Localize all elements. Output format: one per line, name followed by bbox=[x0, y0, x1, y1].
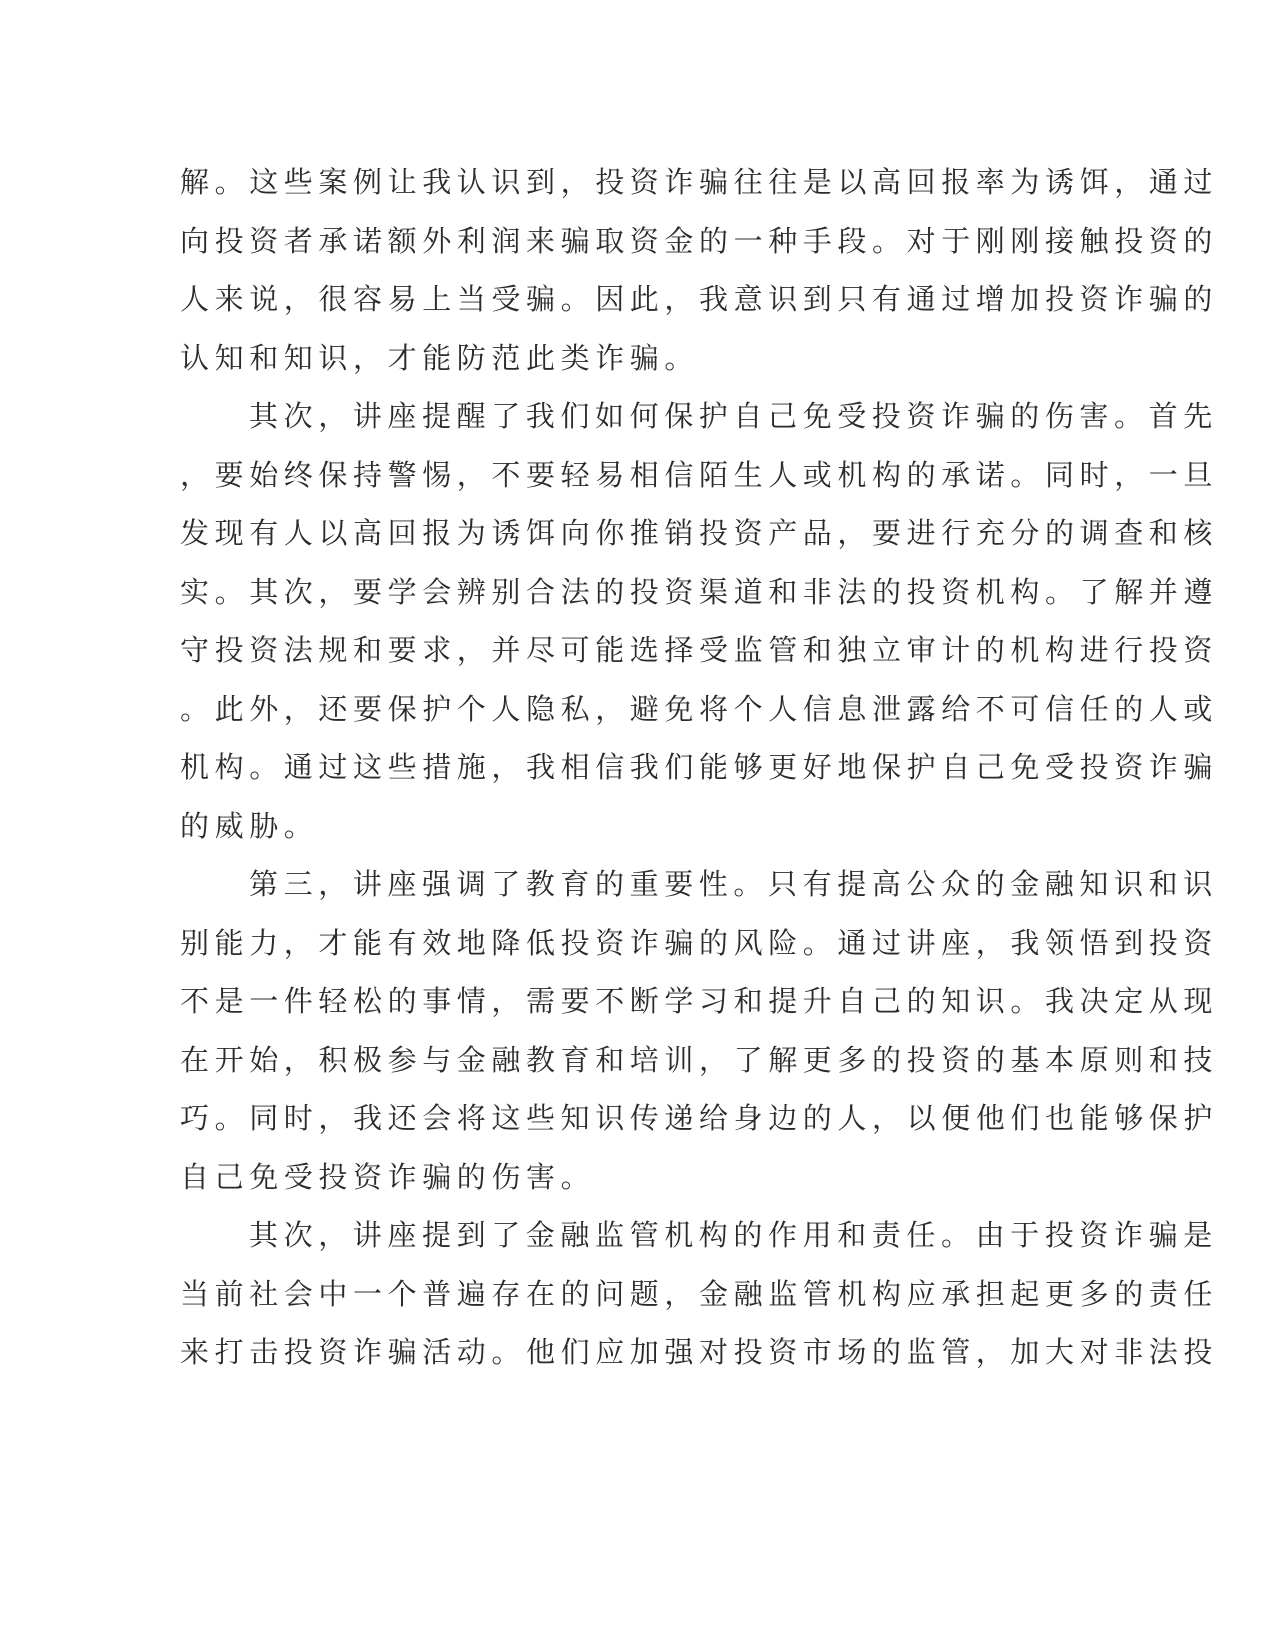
text-line: 的威胁。 bbox=[180, 797, 1040, 856]
paragraph-3: 第三，讲座强调了教育的重要性。只有提高公众的金融知识和识 别能力，才能有效地降低… bbox=[180, 855, 1040, 1206]
text-line: 发现有人以高回报为诱饵向你推销投资产品，要进行充分的调查和核 bbox=[180, 504, 1040, 563]
document-page: 解。这些案例让我认识到，投资诈骗往往是以高回报率为诱饵，通过 向投资者承诺额外利… bbox=[0, 0, 1275, 1650]
document-body: 解。这些案例让我认识到，投资诈骗往往是以高回报率为诱饵，通过 向投资者承诺额外利… bbox=[180, 153, 1040, 1382]
paragraph-4: 其次，讲座提到了金融监管机构的作用和责任。由于投资诈骗是 当前社会中一个普遍存在… bbox=[180, 1206, 1040, 1382]
text-line: 守投资法规和要求，并尽可能选择受监管和独立审计的机构进行投资 bbox=[180, 621, 1040, 680]
text-line: 不是一件轻松的事情，需要不断学习和提升自己的知识。我决定从现 bbox=[180, 972, 1040, 1031]
text-line: 人来说，很容易上当受骗。因此，我意识到只有通过增加投资诈骗的 bbox=[180, 270, 1040, 329]
text-line: 机构。通过这些措施，我相信我们能够更好地保护自己免受投资诈骗 bbox=[180, 738, 1040, 797]
text-line: 自己免受投资诈骗的伤害。 bbox=[180, 1148, 1040, 1207]
text-line: 认知和知识，才能防范此类诈骗。 bbox=[180, 329, 1040, 388]
text-line: 第三，讲座强调了教育的重要性。只有提高公众的金融知识和识 bbox=[180, 855, 1040, 914]
text-line: 。此外，还要保护个人隐私，避免将个人信息泄露给不可信任的人或 bbox=[180, 680, 1040, 739]
text-line: 巧。同时，我还会将这些知识传递给身边的人，以便他们也能够保护 bbox=[180, 1089, 1040, 1148]
paragraph-1: 解。这些案例让我认识到，投资诈骗往往是以高回报率为诱饵，通过 向投资者承诺额外利… bbox=[180, 153, 1040, 387]
text-line: 当前社会中一个普遍存在的问题，金融监管机构应承担起更多的责任 bbox=[180, 1265, 1040, 1324]
text-line: 别能力，才能有效地降低投资诈骗的风险。通过讲座，我领悟到投资 bbox=[180, 914, 1040, 973]
text-line: 来打击投资诈骗活动。他们应加强对投资市场的监管，加大对非法投 bbox=[180, 1323, 1040, 1382]
text-line: 向投资者承诺额外利润来骗取资金的一种手段。对于刚刚接触投资的 bbox=[180, 212, 1040, 271]
text-line: 解。这些案例让我认识到，投资诈骗往往是以高回报率为诱饵，通过 bbox=[180, 153, 1040, 212]
text-line: 在开始，积极参与金融教育和培训，了解更多的投资的基本原则和技 bbox=[180, 1031, 1040, 1090]
text-line: 其次，讲座提到了金融监管机构的作用和责任。由于投资诈骗是 bbox=[180, 1206, 1040, 1265]
paragraph-2: 其次，讲座提醒了我们如何保护自己免受投资诈骗的伤害。首先 ，要始终保持警惕，不要… bbox=[180, 387, 1040, 855]
text-line: 其次，讲座提醒了我们如何保护自己免受投资诈骗的伤害。首先 bbox=[180, 387, 1040, 446]
text-line: ，要始终保持警惕，不要轻易相信陌生人或机构的承诺。同时，一旦 bbox=[180, 446, 1040, 505]
text-line: 实。其次，要学会辨别合法的投资渠道和非法的投资机构。了解并遵 bbox=[180, 563, 1040, 622]
